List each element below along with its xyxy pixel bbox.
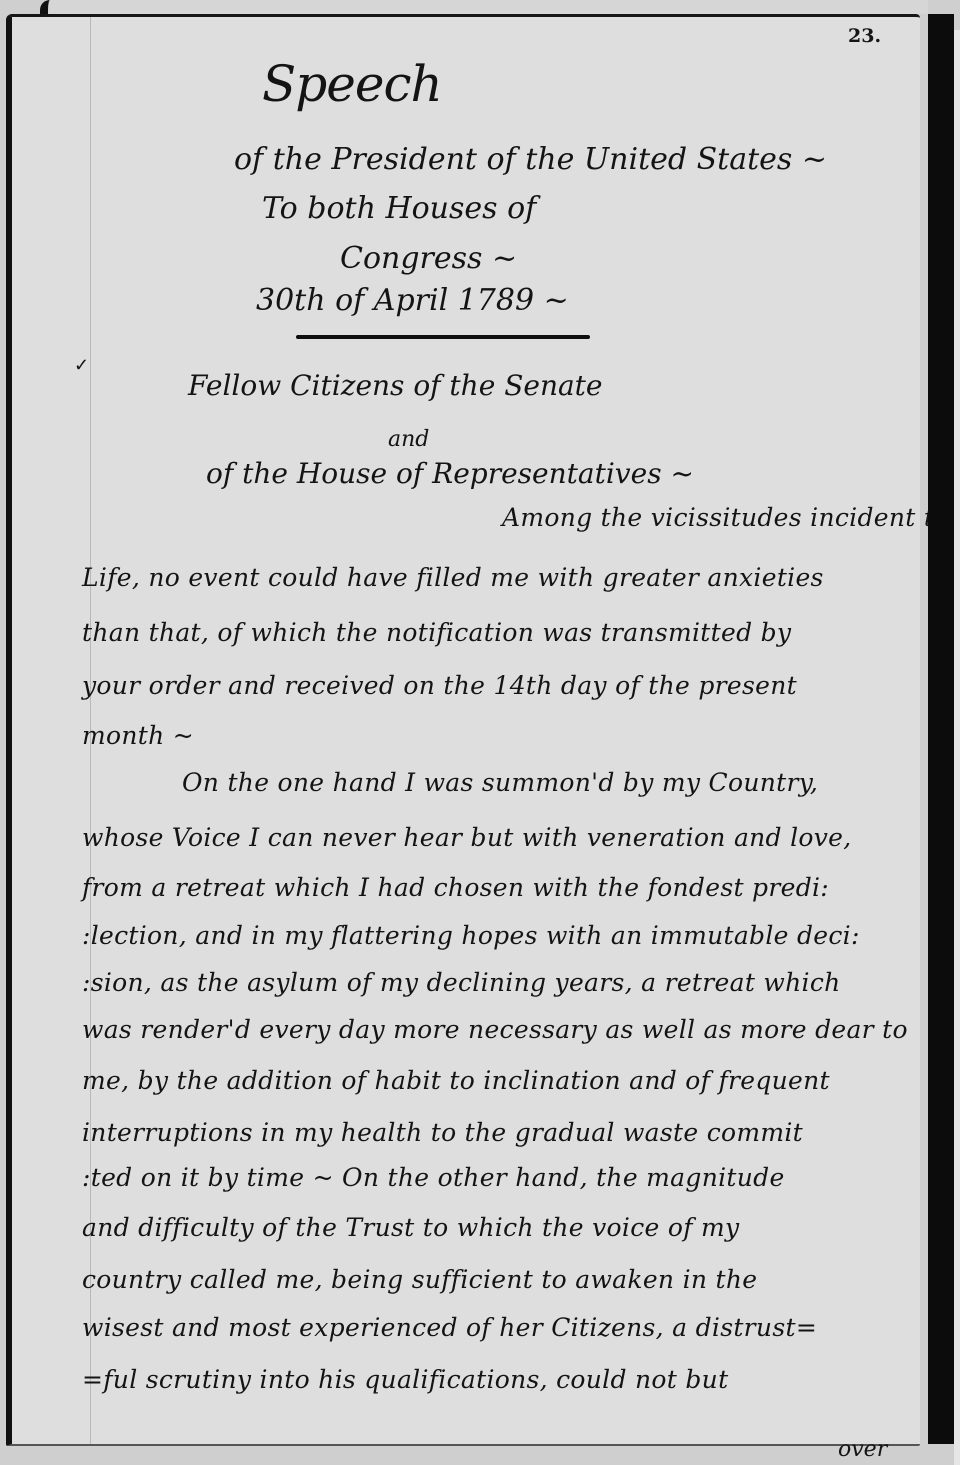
body-line: from a retreat which I had chosen with t… (82, 873, 829, 902)
scan-edge (954, 30, 960, 1465)
page-number: 23. (848, 25, 881, 47)
body-line: wisest and most experienced of her Citiz… (82, 1313, 817, 1342)
body-line: than that, of which the notification was… (82, 618, 791, 647)
body-line: me, by the addition of habit to inclinat… (82, 1066, 830, 1095)
title-underline-rule (296, 335, 590, 339)
heading-line-3: Congress ~ (340, 241, 517, 276)
body-line: On the one hand I was summon'd by my Cou… (182, 768, 818, 797)
body-line: your order and received on the 14th day … (82, 671, 797, 700)
body-line: :lection, and in my flattering hopes wit… (82, 921, 860, 950)
salutation-line-2: and (388, 427, 429, 452)
body-line: and difficulty of the Trust to which the… (82, 1213, 739, 1242)
body-line: was render'd every day more necessary as… (82, 1015, 908, 1044)
margin-check-mark-icon: ✓ (74, 355, 89, 376)
body-line: Among the vicissitudes incident to (502, 503, 950, 532)
heading-date: 30th of April 1789 ~ (256, 283, 569, 318)
underlying-page-edge (40, 0, 928, 14)
body-line: country called me, being sufficient to a… (82, 1265, 757, 1294)
body-line: interruptions in my health to the gradua… (82, 1118, 803, 1147)
document-title: Speech (262, 55, 442, 113)
body-line: whose Voice I can never hear but with ve… (82, 823, 852, 852)
binding-spine (928, 14, 954, 1444)
heading-line-2: To both Houses of (262, 191, 536, 226)
body-line: month ~ (82, 721, 194, 750)
body-line: Life, no event could have filled me with… (82, 563, 824, 592)
body-line: =ful scrutiny into his qualifications, c… (82, 1365, 728, 1394)
manuscript-page: 23. Speech of the President of the Unite… (6, 14, 920, 1446)
salutation-line-3: of the House of Representatives ~ (206, 457, 694, 490)
body-line: :sion, as the asylum of my declining yea… (82, 968, 841, 997)
body-line: :ted on it by time ~ On the other hand, … (82, 1163, 785, 1192)
salutation-line-1: Fellow Citizens of the Senate (188, 369, 603, 402)
catchword: over (838, 1437, 887, 1462)
heading-line-1: of the President of the United States ~ (234, 142, 827, 177)
